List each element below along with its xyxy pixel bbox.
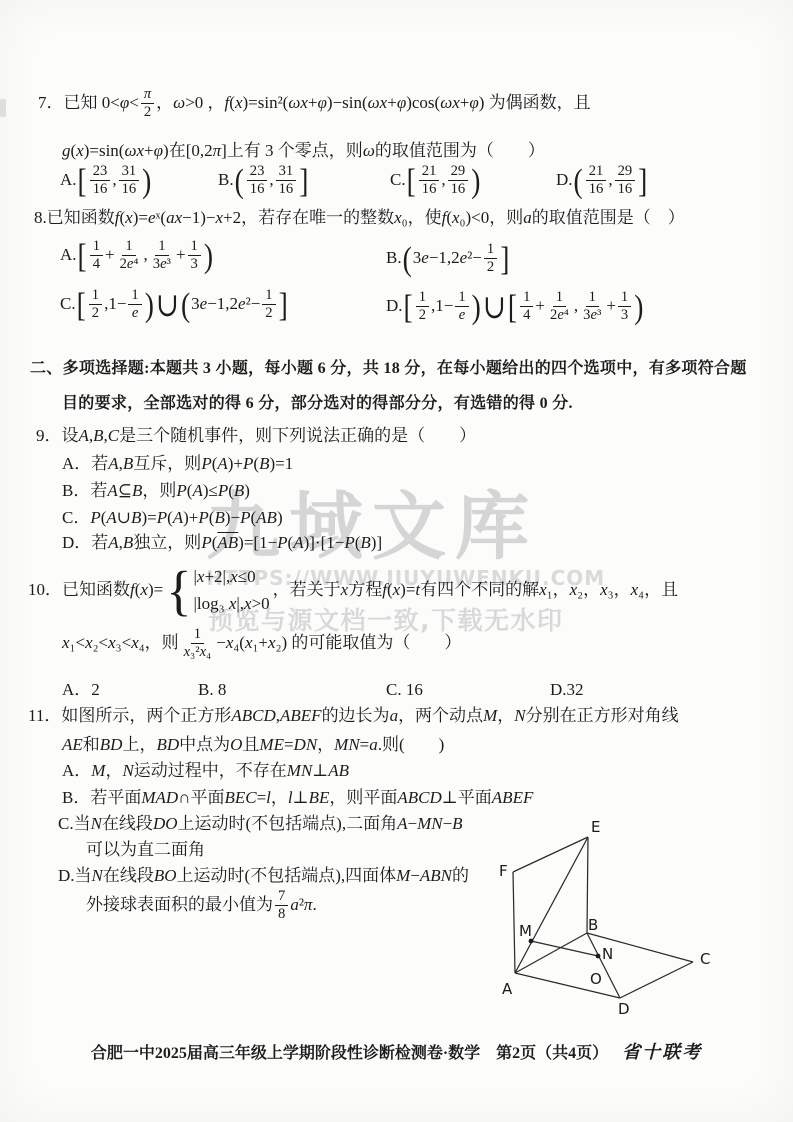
question-8-option-c: C. [12,1−1e)∪(3e−1,2e²−12] bbox=[60, 287, 289, 323]
section-2-heading-line-2: 目的要求，全部选对的得 6 分，部分选对的得部分分，有选错的得 0 分. bbox=[62, 393, 573, 415]
question-11-option-b: B．若平面 MAD∩平面 BEC = l，l⊥BE，则平面 ABCD⊥平面 AB… bbox=[62, 787, 533, 810]
footer-title: 合肥一中2025届高三年级上学期阶段性诊断检测卷·数学 第2页（共4页） bbox=[91, 1045, 608, 1062]
question-10-option-c: C. 16 bbox=[386, 679, 423, 702]
question-9-option-a: A．若 A,B 互斥，则 P(A)+P(B)=1 bbox=[62, 453, 293, 476]
question-7-stem-line-1: 7．已知 0<φ<π2， ω>0 ，f(x)=sin²(ωx+φ)−sin(ωx… bbox=[38, 86, 591, 122]
figure-label-A: A bbox=[502, 980, 513, 998]
question-7-stem-line-2: g(x)=sin(ωx+φ)在[0,2π]上有 3 个零点，则 ω 的取值范围为… bbox=[62, 140, 545, 163]
question-8-option-a: A. [14+12e⁴,13e³+13) bbox=[60, 238, 214, 274]
question-11-option-c-line-1: C.当 N 在线段 DO 上运动时(不包括端点),二面角 A−MN−B bbox=[58, 813, 463, 836]
figure-label-F: F bbox=[499, 862, 508, 880]
footer-brand: 省十联考 bbox=[622, 1042, 702, 1062]
question-10-option-a: A．2 bbox=[62, 679, 100, 702]
figure-edge-BD bbox=[587, 933, 620, 998]
scan-artifact bbox=[0, 99, 6, 117]
question-9-option-b: B．若 A⊆B，则 P(A)≤P(B) bbox=[62, 480, 250, 503]
question-9-stem: 9．设 A,B,C 是三个随机事件，则下列说法正确的是（ ） bbox=[36, 425, 476, 448]
question-7-option-c: C. [2116,2916) bbox=[390, 163, 481, 199]
section-2-heading-line-1: 二、多项选择题:本题共 3 小题，每小题 6 分，共 18 分，在每小题给出的四… bbox=[30, 358, 747, 380]
question-7-option-b: B. (2316,3116] bbox=[218, 163, 309, 199]
question-10-stem-line-1: 10．已知函数 f(x)={|x+2|,x≤0|log₃ x|,x>0，若关于 … bbox=[28, 566, 678, 616]
question-8-option-d: D. [12,1−1e)∪[14+12e⁴,13e³+13) bbox=[386, 289, 644, 325]
figure-label-N: N bbox=[602, 945, 613, 963]
figure-label-B: B bbox=[588, 916, 598, 934]
question-11-option-a: A．M，N 运动过程中，不存在 MN⊥AB bbox=[62, 760, 349, 783]
question-11-option-c-line-2: 可以为直二面角 bbox=[86, 839, 205, 862]
page-footer: 合肥一中2025届高三年级上学期阶段性诊断检测卷·数学 第2页（共4页）省十联考 bbox=[0, 1038, 793, 1064]
figure-point-N bbox=[596, 954, 601, 959]
question-8-stem: 8.已知函数 f(x)=eˣ(ax−1)−x+2，若存在唯一的整数 x₀，使 f… bbox=[34, 207, 685, 230]
figure-edge-CD bbox=[620, 962, 693, 998]
figure-label-M: M bbox=[519, 922, 532, 940]
question-7-option-d: D. (2116,2916] bbox=[556, 163, 648, 199]
figure-edge-FE bbox=[513, 837, 588, 872]
figure-label-O: O bbox=[590, 970, 602, 988]
question-10-option-d: D.32 bbox=[550, 679, 584, 702]
figure-edge-DA bbox=[515, 973, 620, 998]
figure-edge-FA bbox=[513, 872, 515, 973]
question-11-stem-line-2: AE 和 BD 上，BD 中点为 O 且 ME = DN， MN = a .则(… bbox=[62, 734, 444, 757]
question-11-stem-line-1: 11．如图所示，两个正方形 ABCD,ABEF 的边长为 a，两个动点 M，N … bbox=[28, 705, 679, 728]
question-11-option-d-line-2: 外接球表面积的最小值为78a²π . bbox=[86, 888, 317, 924]
question-9-option-c: C．P(A∪B)=P(A)+P(B)−P(AB) bbox=[62, 507, 283, 530]
question-7-option-a: A. [2316,3116) bbox=[60, 163, 152, 199]
geometry-figure-svg: EFMBNOACD bbox=[488, 812, 720, 1022]
figure-label-C: C bbox=[700, 950, 710, 968]
geometry-figure: EFMBNOACD bbox=[488, 812, 720, 1022]
question-8-option-b: B. (3e−1,2e²−12] bbox=[386, 241, 510, 277]
exam-page: 九域文库 HTTPS://WWW.JIUYUWENKU.COM 预览与源文档一致… bbox=[0, 0, 793, 1122]
figure-edge-MN bbox=[531, 941, 598, 956]
question-11-option-d-line-1: D.当 N 在线段 BO 上运动时(不包括端点),四面体 M−ABN 的 bbox=[58, 865, 469, 888]
figure-label-E: E bbox=[591, 818, 600, 836]
question-10-stem-line-2: x₁<x₂<x₃<x₄，则1x₃²x₄−x₄(x₁+x₂) 的可能取值为（ ） bbox=[62, 626, 461, 662]
question-9-option-d: D．若 A,B 独立，则 P(AB)=[1−P(A)]·[1−P(B)] bbox=[62, 532, 382, 555]
figure-label-D: D bbox=[618, 1000, 630, 1018]
question-10-option-b: B. 8 bbox=[198, 679, 226, 702]
